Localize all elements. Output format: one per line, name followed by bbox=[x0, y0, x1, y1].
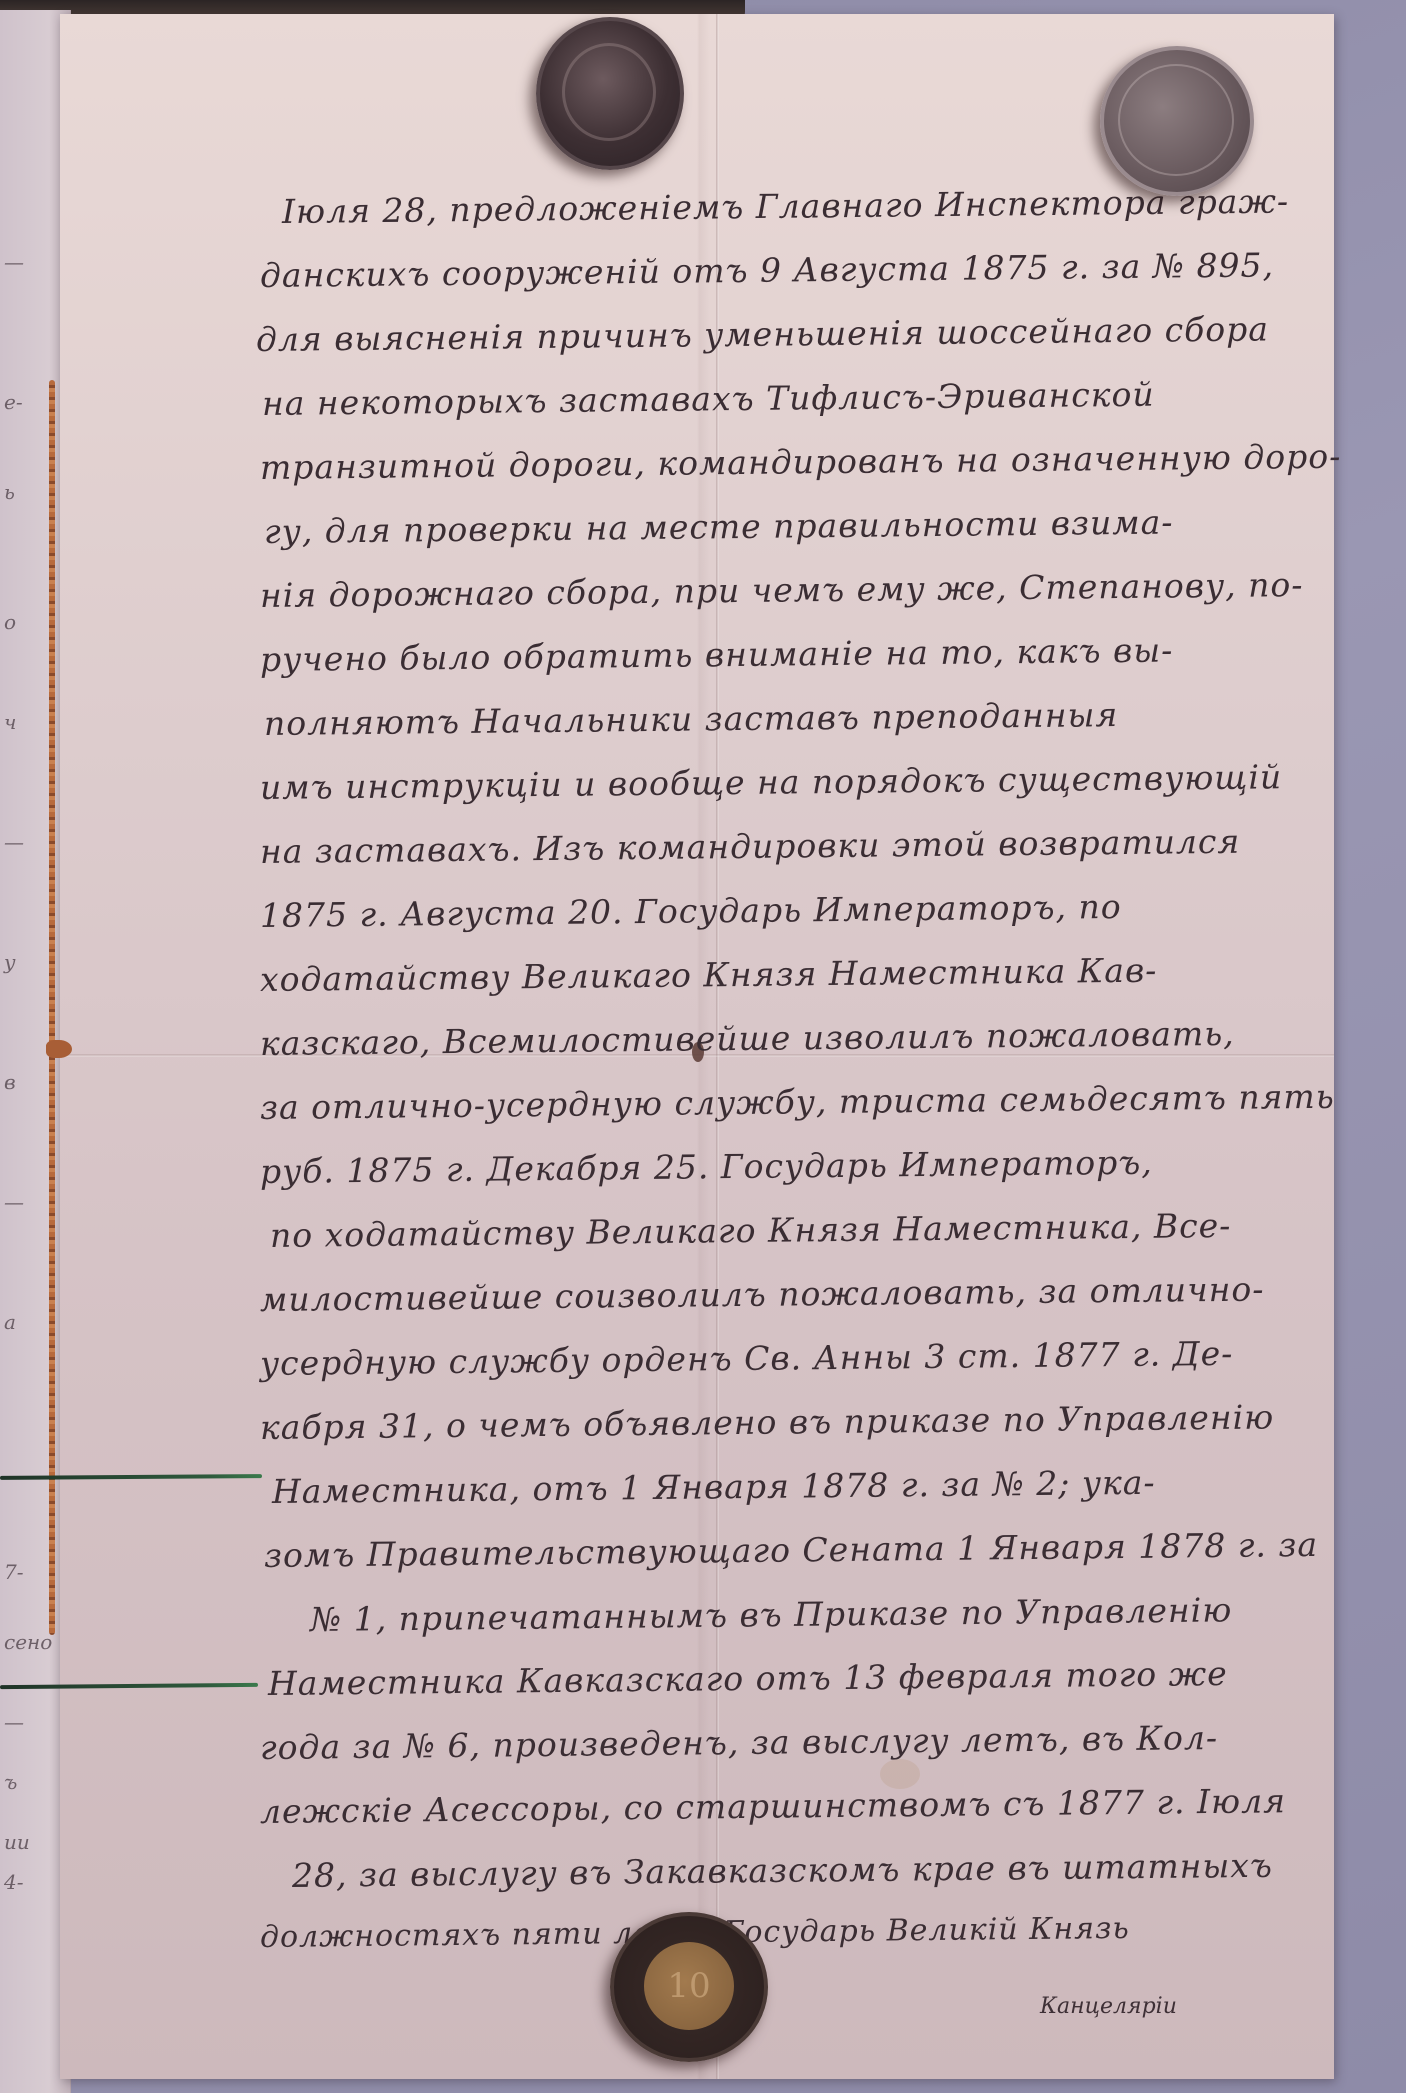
text-line: казскаго, Всемилостивейше изволилъ пожал… bbox=[260, 1014, 1235, 1063]
text-line: милостивейше соизволилъ пожаловать, за о… bbox=[260, 1269, 1265, 1319]
text-line: усердную службу орденъ Св. Анны 3 ст. 18… bbox=[260, 1334, 1234, 1383]
coin-numeral-icon: 10 bbox=[644, 1942, 734, 2030]
orange-binding-thread bbox=[49, 380, 55, 1635]
text-line: Наместника Кавказскаго отъ 13 февраля то… bbox=[268, 1654, 1228, 1703]
left-page-fragment: ь bbox=[4, 480, 15, 504]
left-page-fragment: — bbox=[4, 830, 24, 854]
text-line: года за № 6, произведенъ, за выслугу лет… bbox=[260, 1718, 1218, 1767]
left-page-fragment: 4- bbox=[4, 1870, 23, 1894]
text-line: на некоторыхъ заставахъ Тифлисъ-Эриванск… bbox=[262, 375, 1155, 423]
left-page-fragment: — bbox=[4, 1190, 24, 1214]
left-page-fragment: в bbox=[4, 1070, 16, 1094]
left-page-fragment: сено bbox=[4, 1630, 52, 1654]
text-line: на заставахъ. Изъ командировки этой возв… bbox=[260, 822, 1241, 871]
left-page-fragment: о bbox=[4, 610, 16, 634]
coin-weight-bottom-bimetallic: 10 bbox=[610, 1912, 768, 2062]
text-line: 28, за выслугу въ Закавказскомъ крае въ … bbox=[292, 1846, 1273, 1895]
coin-weight-top-right bbox=[1100, 46, 1254, 196]
document-sheet: Іюля 28, предложеніемъ Главнаго Инспекто… bbox=[60, 14, 1334, 2079]
text-line: лежскіе Асессоры, со старшинствомъ съ 18… bbox=[260, 1781, 1286, 1831]
left-page-fragment: ч bbox=[4, 710, 16, 734]
handwritten-text: Іюля 28, предложеніемъ Главнаго Инспекто… bbox=[60, 14, 1334, 2079]
left-page-fragment: — bbox=[4, 250, 24, 274]
left-page-fragment: — bbox=[4, 1710, 24, 1734]
coin-relief bbox=[562, 43, 656, 141]
left-page-fragment: ии bbox=[4, 1830, 30, 1854]
text-line: Іюля 28, предложеніемъ Главнаго Инспекто… bbox=[282, 181, 1289, 231]
thread-knot bbox=[46, 1040, 72, 1058]
text-line: Наместника, отъ 1 Января 1878 г. за № 2;… bbox=[272, 1463, 1156, 1511]
left-page-fragment: е- bbox=[4, 390, 23, 414]
coin-weight-top-center bbox=[536, 17, 684, 170]
left-page-fragment: ъ bbox=[4, 1770, 17, 1794]
text-line: нія дорожнаго сбора, при чемъ ему же, Ст… bbox=[260, 565, 1304, 615]
left-page-fragment: 7- bbox=[4, 1560, 23, 1584]
left-page-fragment: а bbox=[4, 1310, 16, 1334]
text-line: за отлично-усердную службу, триста семьд… bbox=[260, 1077, 1335, 1127]
text-line: имъ инструкціи и вообще на порядокъ суще… bbox=[260, 757, 1283, 807]
coin-relief bbox=[1118, 64, 1234, 176]
text-line: для выясненія причинъ уменьшенія шоссейн… bbox=[256, 309, 1269, 359]
text-line: гу, для проверки на месте правильности в… bbox=[264, 502, 1174, 551]
text-line: № 1, припечатаннымъ въ Приказе по Управл… bbox=[310, 1590, 1233, 1639]
text-line: ходатайству Великаго Князя Наместника Ка… bbox=[260, 951, 1158, 999]
text-line: руб. 1875 г. Декабря 25. Государь Импера… bbox=[260, 1143, 1153, 1191]
text-line: по ходатайству Великаго Князя Наместника… bbox=[270, 1206, 1232, 1255]
text-line: кабря 31, о чемъ объявлено въ приказе по… bbox=[260, 1397, 1275, 1447]
text-line: полняютъ Начальники заставъ преподанныя bbox=[264, 695, 1119, 743]
left-page-fragment: у bbox=[4, 950, 16, 974]
text-line: 1875 г. Августа 20. Государь Императоръ,… bbox=[260, 887, 1122, 935]
text-line: данскихъ сооруженій отъ 9 Августа 1875 г… bbox=[260, 245, 1274, 295]
catchword: Канцеляріи bbox=[1040, 1994, 1177, 2019]
text-line: зомъ Правительствующаго Сената 1 Января … bbox=[264, 1525, 1318, 1575]
text-line: ручено было обратить вниманіе на то, как… bbox=[260, 630, 1174, 679]
text-line: транзитной дороги, командированъ на озна… bbox=[260, 437, 1342, 487]
